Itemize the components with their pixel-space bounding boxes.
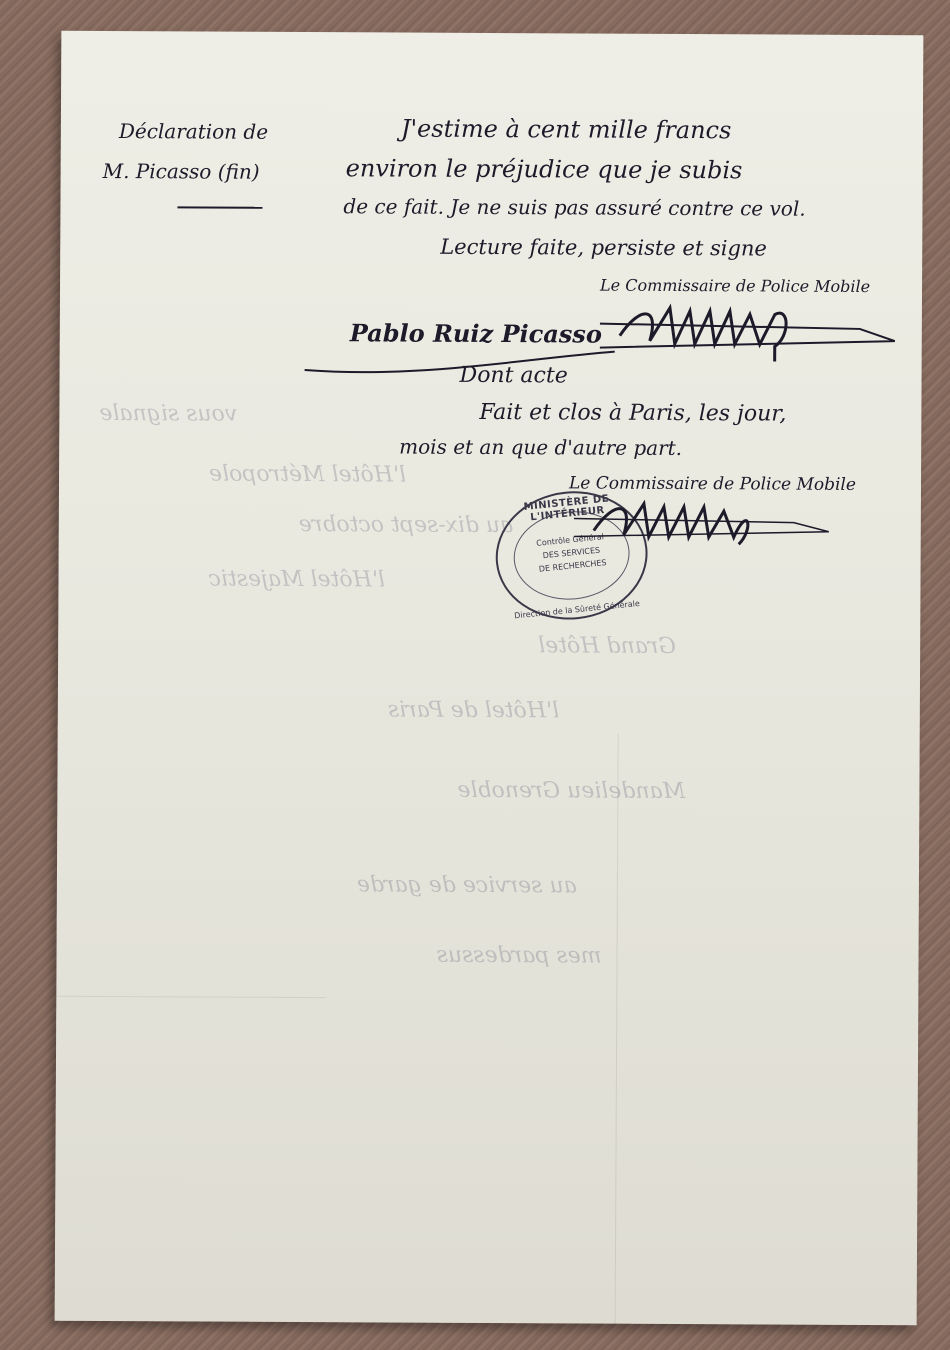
statement-line: Lecture faite, persiste et signe (440, 235, 767, 261)
bleed-through-text: au service de garde (357, 872, 577, 898)
heading-underline (177, 206, 262, 208)
bleed-through-text: vous signale (99, 401, 237, 427)
document-sheet: vous signale l'Hôtel Métropole au dix-se… (55, 31, 924, 1325)
bleed-through-text: au dix-sept octobre (299, 512, 513, 538)
declaration-subheading: M. Picasso (fin) (103, 159, 260, 184)
commissaire-signature (600, 296, 900, 368)
bleed-through-text: Mandelieu Grenoble (457, 778, 685, 804)
commissaire-signature-2 (574, 488, 834, 559)
closing-line: mois et an que d'autre part. (399, 435, 682, 460)
fold-line (56, 996, 326, 998)
stamp-direction-text: Direction de la Sûreté Générale (503, 598, 651, 622)
fold-line (615, 734, 619, 1324)
statement-line: J'estime à cent mille francs (401, 115, 732, 145)
statement-line: de ce fait. Je ne suis pas assuré contre… (343, 194, 805, 220)
bleed-through-text: l'Hôtel Métropole (209, 462, 406, 488)
commissaire-title: Le Commissaire de Police Mobile (600, 276, 870, 296)
closing-line: Dont acte (460, 363, 568, 389)
bleed-through-text: mes pardessus (436, 943, 601, 969)
declaration-heading: Déclaration de (119, 119, 268, 144)
bleed-through-text: l'Hôtel de Paris (388, 697, 559, 723)
statement-line: environ le préjudice que je subis (346, 154, 743, 184)
bleed-through-text: Grand Hôtel (538, 633, 676, 659)
closing-line: Fait et clos à Paris, les jour, (479, 400, 786, 427)
bleed-through-text: l'Hôtel Majestic (208, 567, 385, 593)
